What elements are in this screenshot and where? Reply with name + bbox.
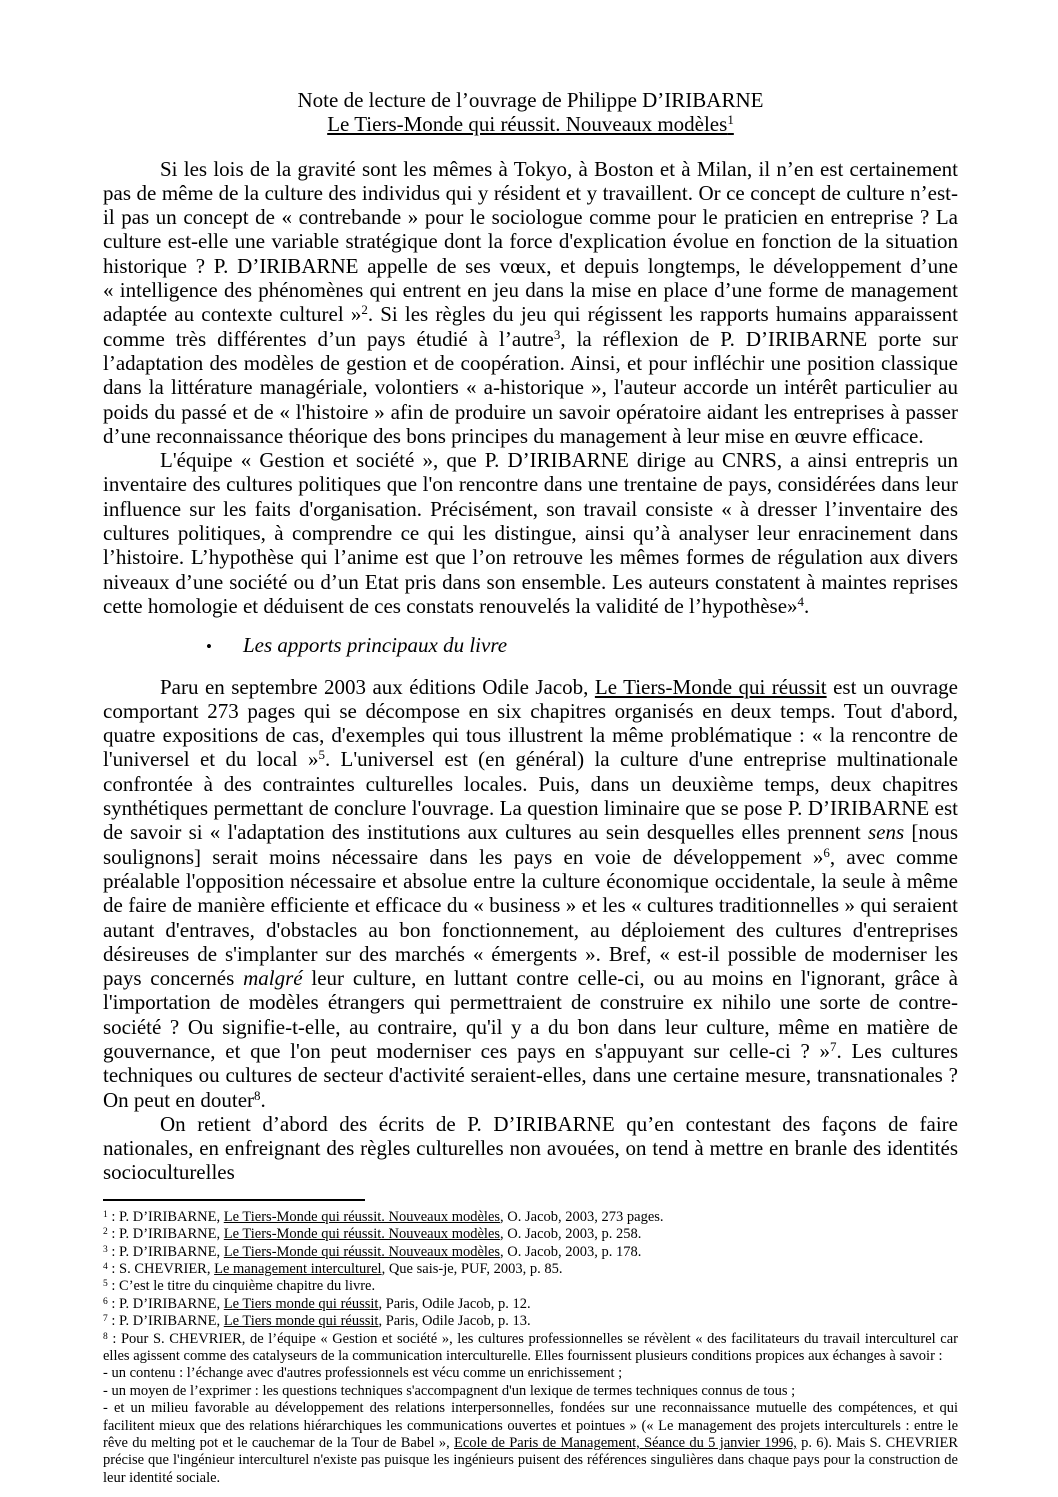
- footnote-text: , Que sais-je, PUF, 2003, p. 85.: [382, 1261, 563, 1277]
- footnote-reference-underlined: Ecole de Paris de Management, Séance du …: [454, 1435, 797, 1451]
- footnote-text: , Paris, Odile Jacob, p. 13.: [378, 1313, 530, 1329]
- footnote-text: , Paris, Odile Jacob, p. 12.: [378, 1296, 530, 1312]
- footnote-text: : Pour S. CHEVRIER, de l’équipe « Gestio…: [103, 1331, 958, 1364]
- footnote-text: : P. D’IRIBARNE,: [108, 1209, 224, 1225]
- footnote-marker: 7: [103, 1314, 108, 1324]
- title-underlined-text: Le Tiers-Monde qui réussit. Nouveaux mod…: [327, 112, 734, 136]
- footnote-8-item-1: - un contenu : l’échange avec d'autres p…: [103, 1365, 958, 1382]
- paragraph-team: L'équipe « Gestion et société », que P. …: [103, 448, 958, 618]
- footnote-ref-3: 3: [554, 327, 561, 342]
- section-heading: •Les apports principaux du livre: [103, 633, 958, 659]
- footnote-marker: 8: [103, 1332, 108, 1342]
- footnote-book-title: Le Tiers-Monde qui réussit. Nouveaux mod…: [224, 1244, 500, 1260]
- footnote-text: : C’est le titre du cinquième chapitre d…: [108, 1278, 375, 1294]
- footnote-text: : P. D’IRIBARNE,: [108, 1244, 224, 1260]
- footnote-4: 4 : S. CHEVRIER, Le management intercult…: [103, 1261, 958, 1278]
- footnotes-section: 1 : P. D’IRIBARNE, Le Tiers-Monde qui ré…: [103, 1209, 958, 1488]
- footnote-text: , O. Jacob, 2003, p. 258.: [500, 1226, 641, 1242]
- footnote-ref-6: 6: [823, 845, 830, 860]
- footnote-ref-8: 8: [254, 1088, 261, 1103]
- text-segment: L'équipe « Gestion et société », que P. …: [103, 448, 958, 618]
- footnote-ref-7: 7: [830, 1039, 837, 1054]
- footnote-text: : P. D’IRIBARNE,: [108, 1313, 224, 1329]
- footnote-8-item-3: - et un milieu favorable au développemen…: [103, 1400, 958, 1487]
- footnote-book-title: Le Tiers monde qui réussit: [224, 1296, 379, 1312]
- text-segment: Si les lois de la gravité sont les mêmes…: [103, 157, 958, 327]
- title-line-1: Note de lecture de l’ouvrage de Philippe…: [103, 88, 958, 112]
- text-segment: Paru en septembre 2003 aux éditions Odil…: [160, 675, 595, 699]
- text-segment: .: [804, 594, 809, 618]
- document-page: Note de lecture de l’ouvrage de Philippe…: [0, 0, 1058, 1497]
- footnote-1: 1 : P. D’IRIBARNE, Le Tiers-Monde qui ré…: [103, 1209, 958, 1226]
- book-title-underlined: Le Tiers-Monde qui réussit: [595, 675, 827, 699]
- footnote-5: 5 : C’est le titre du cinquième chapitre…: [103, 1278, 958, 1295]
- footnote-ref-4: 4: [798, 594, 805, 609]
- footnote-text: - un contenu : l’échange avec d'autres p…: [103, 1365, 622, 1381]
- footnote-marker: 6: [103, 1297, 108, 1307]
- paragraph-conclusion: On retient d’abord des écrits de P. D’IR…: [103, 1112, 958, 1185]
- footnote-text: - un moyen de l’exprimer : les questions…: [103, 1383, 795, 1399]
- footnote-8: 8 : Pour S. CHEVRIER, de l’équipe « Gest…: [103, 1331, 958, 1366]
- paragraph-intro: Si les lois de la gravité sont les mêmes…: [103, 157, 958, 449]
- footnote-separator: [103, 1199, 365, 1201]
- footnote-book-title: Le Tiers monde qui réussit: [224, 1313, 379, 1329]
- footnote-book-title: Le management interculturel: [214, 1261, 381, 1277]
- footnote-marker: 5: [103, 1279, 108, 1289]
- footnote-text: , O. Jacob, 2003, 273 pages.: [500, 1209, 664, 1225]
- footnote-book-title: Le Tiers-Monde qui réussit. Nouveaux mod…: [224, 1226, 500, 1242]
- footnote-marker: 4: [103, 1262, 108, 1272]
- document-header: Note de lecture de l’ouvrage de Philippe…: [103, 88, 958, 137]
- footnote-ref-2: 2: [361, 302, 368, 317]
- title-book-name: Le Tiers-Monde qui réussit. Nouveaux mod…: [327, 112, 727, 136]
- section-heading-label: Les apports principaux du livre: [243, 633, 507, 657]
- footnote-ref-5: 5: [318, 747, 325, 762]
- footnote-8-item-2: - un moyen de l’exprimer : les questions…: [103, 1383, 958, 1400]
- footnote-marker: 1: [103, 1210, 108, 1220]
- bullet-icon: •: [206, 635, 243, 659]
- footnote-marker: 3: [103, 1245, 108, 1255]
- footnote-ref-1: 1: [727, 112, 734, 127]
- footnote-2: 2 : P. D’IRIBARNE, Le Tiers-Monde qui ré…: [103, 1226, 958, 1243]
- footnote-6: 6 : P. D’IRIBARNE, Le Tiers monde qui ré…: [103, 1296, 958, 1313]
- footnote-marker: 2: [103, 1227, 108, 1237]
- title-line-2: Le Tiers-Monde qui réussit. Nouveaux mod…: [103, 112, 958, 136]
- text-segment: On retient d’abord des écrits de P. D’IR…: [103, 1112, 958, 1185]
- footnote-3: 3 : P. D’IRIBARNE, Le Tiers-Monde qui ré…: [103, 1244, 958, 1261]
- emphasized-word: sens: [868, 820, 904, 844]
- footnote-text: : P. D’IRIBARNE,: [108, 1296, 224, 1312]
- footnote-text: : P. D’IRIBARNE,: [108, 1226, 224, 1242]
- text-segment: .: [261, 1088, 266, 1112]
- emphasized-word: malgré: [243, 966, 303, 990]
- footnote-book-title: Le Tiers-Monde qui réussit. Nouveaux mod…: [224, 1209, 500, 1225]
- footnote-7: 7 : P. D’IRIBARNE, Le Tiers monde qui ré…: [103, 1313, 958, 1330]
- footnote-text: , O. Jacob, 2003, p. 178.: [500, 1244, 641, 1260]
- footnote-text: : S. CHEVRIER,: [108, 1261, 214, 1277]
- paragraph-book: Paru en septembre 2003 aux éditions Odil…: [103, 675, 958, 1112]
